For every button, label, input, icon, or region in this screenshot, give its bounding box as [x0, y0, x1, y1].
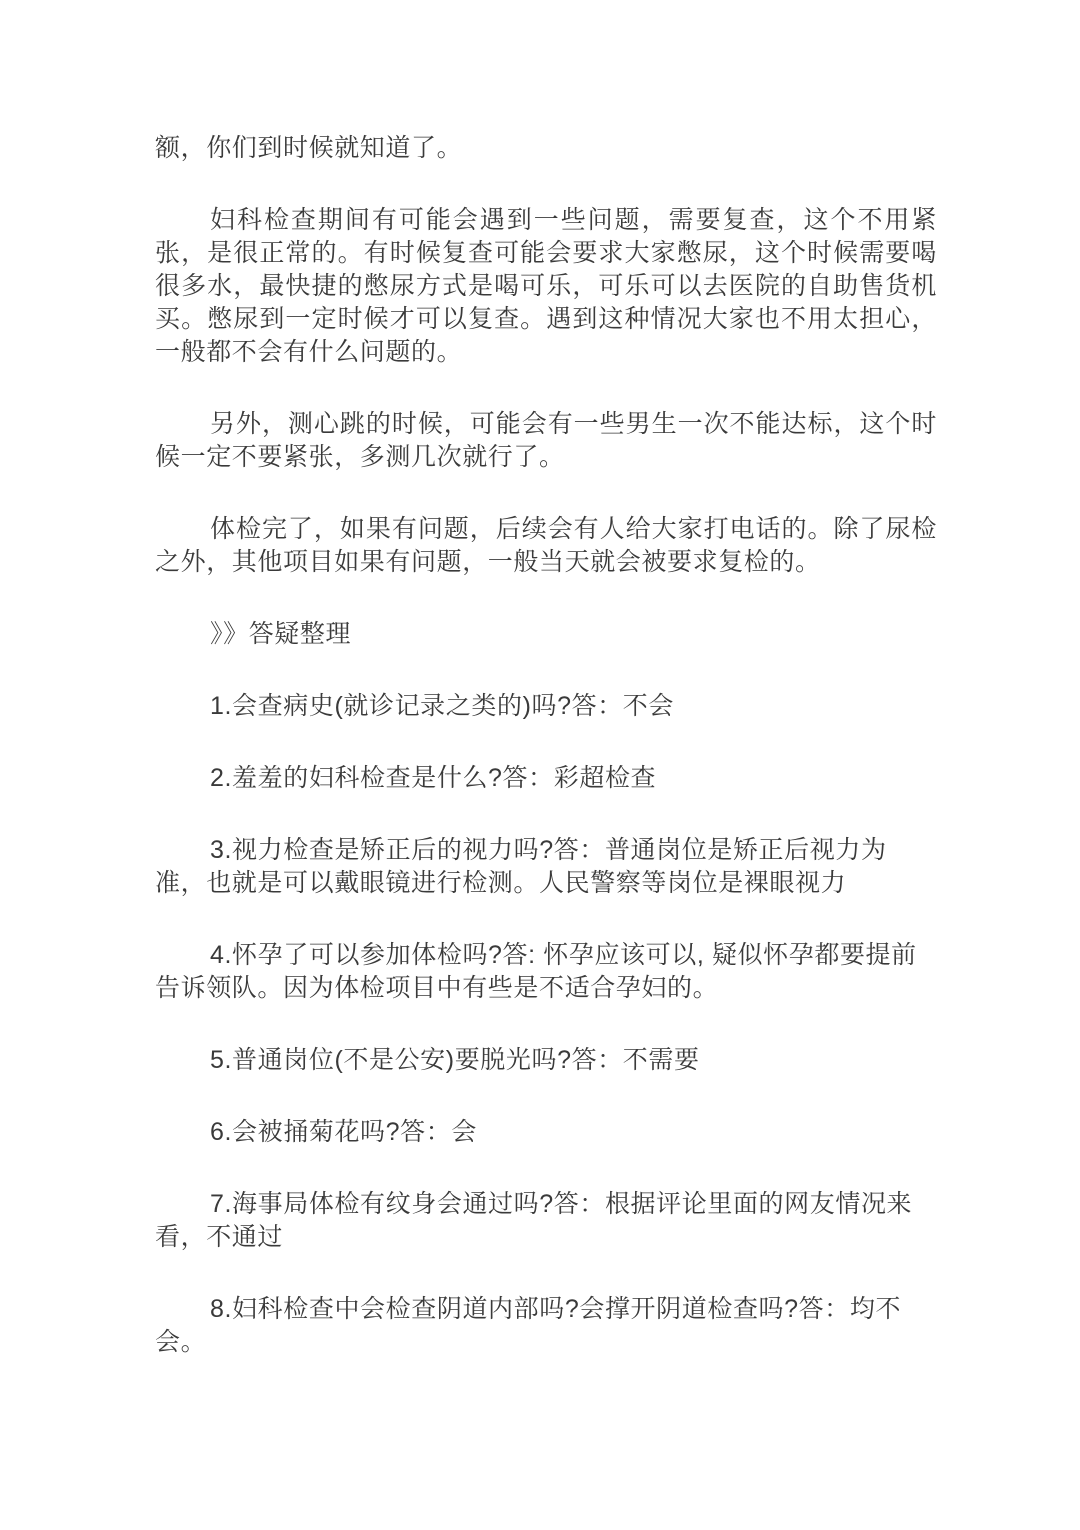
qa-item-3: 3.视力检查是矫正后的视力吗?答：普通岗位是矫正后视力为准，也就是可以戴眼镜进行…: [155, 834, 937, 900]
qa-item-2: 2.羞羞的妇科检查是什么?答：彩超检查: [155, 762, 937, 795]
qa-item-7: 7.海事局体检有纹身会通过吗?答：根据评论里面的网友情况来看，不通过: [155, 1188, 937, 1254]
paragraph-after-exam: 体检完了，如果有问题，后续会有人给大家打电话的。除了尿检之外，其他项目如果有问题…: [155, 513, 937, 579]
qa-item-1: 1.会查病史(就诊记录之类的)吗?答：不会: [155, 690, 937, 723]
paragraph-gyn-recheck: 妇科检查期间有可能会遇到一些问题，需要复查，这个不用紧张，是很正常的。有时候复查…: [155, 204, 937, 369]
qa-item-4: 4.怀孕了可以参加体检吗?答: 怀孕应该可以, 疑似怀孕都要提前告诉领队。因为体…: [155, 939, 937, 1005]
qa-item-6: 6.会被捅菊花吗?答：会: [155, 1116, 937, 1149]
paragraph-heart-rate: 另外，测心跳的时候，可能会有一些男生一次不能达标，这个时候一定不要紧张，多测几次…: [155, 408, 937, 474]
document-page: 额，你们到时候就知道了。 妇科检查期间有可能会遇到一些问题，需要复查，这个不用紧…: [0, 0, 1080, 1530]
qa-item-8: 8.妇科检查中会检查阴道内部吗?会撑开阴道检查吗?答：均不会。: [155, 1293, 937, 1359]
paragraph-continuation: 额，你们到时候就知道了。: [155, 132, 937, 165]
qa-item-5: 5.普通岗位(不是公安)要脱光吗?答：不需要: [155, 1044, 937, 1077]
section-heading-qa: 》》答疑整理: [155, 618, 937, 651]
